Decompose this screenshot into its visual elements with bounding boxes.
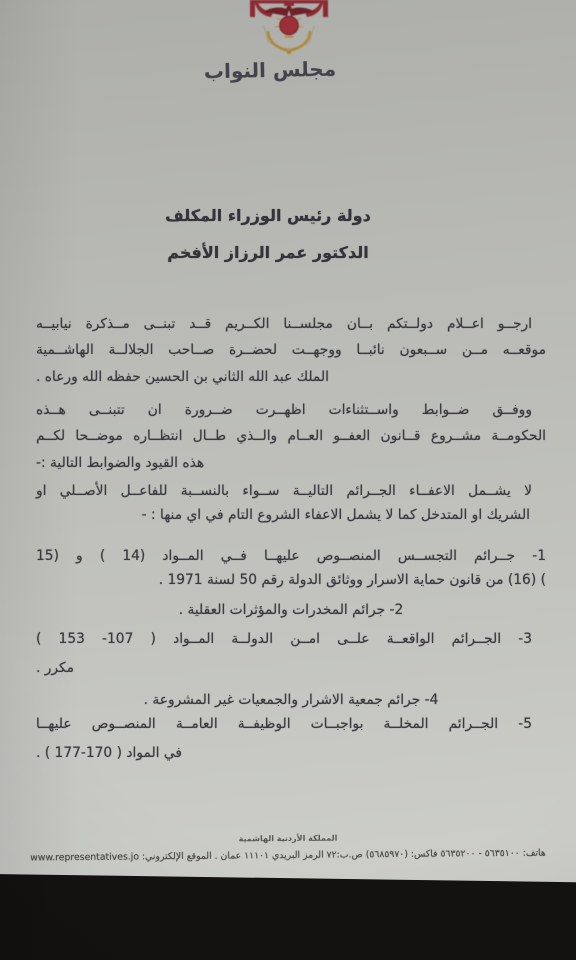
letter-paper: مجلس النواب دولة رئيس الوزراء المكلف الد…	[0, 0, 576, 960]
paragraph-3-line-2: الشريك او المتدخل كما لا يشمل الاعفاء ال…	[36, 505, 546, 526]
paragraph-1-line-2: موقعــه مــن ســبعون نائبــا ووجهــت لحض…	[36, 340, 546, 361]
jordan-coat-of-arms-icon	[244, 0, 334, 56]
paragraph-2-line-3: هذه القيود والضوابط التالية :-	[36, 453, 546, 474]
list-item-1-line-2: ) (16) من قانون حماية الاسرار ووثائق الد…	[36, 570, 546, 591]
paragraph-2-line-1: ووفــق ضــوابط واســتثناءات اظهــرت ضــر…	[36, 400, 546, 421]
addressee-title: دولة رئيس الوزراء المكلف	[0, 206, 536, 225]
addressee-name: الدكتور عمر الرزاز الأفخم	[0, 243, 536, 262]
paragraph-3-line-1: لا يشــمل الاعفــاء الجــرائم التاليــة …	[36, 481, 546, 502]
paragraph-1-line-1: ارجــو اعــلام دولــتكم بــان مجلســنا ا…	[36, 314, 546, 335]
paragraph-1-line-3: الملك عبد الله الثاني بن الحسين حفظه الل…	[36, 367, 546, 388]
footer-contact-line: هاتف: ٥٦٣٥١٠٠ - ٥٦٣٥٢٠٠ فاكس: (٥٦٨٥٩٧٠) …	[12, 847, 564, 863]
footer-kingdom-name: المملكة الأردنية الهاشمية	[0, 832, 576, 845]
scanned-letter-photo: مجلس النواب دولة رئيس الوزراء المكلف الد…	[0, 0, 576, 960]
list-item-2: 2- جرائم المخدرات والمؤثرات العقلية .	[36, 600, 546, 621]
paragraph-2-line-2: الحكومــة مشــروع قــانون العفــو العــا…	[36, 426, 546, 447]
list-item-5-line-1: 5- الجــرائم المخلــة بواجبــات الوظيفــ…	[36, 714, 546, 735]
list-item-3-line-1: 3- الجــرائم الواقعــة علــى امــن الدول…	[36, 629, 546, 650]
list-item-5-line-2: في المواد ( 170-177 ) .	[36, 743, 546, 764]
org-calligraphy: مجلس النواب	[0, 52, 540, 87]
list-item-3-line-2: مكرر .	[36, 658, 546, 679]
list-item-4: 4- جرائم جمعية الاشرار والجمعيات غير الم…	[36, 690, 546, 711]
list-item-1-line-1: 1- جــرائم التجســس المنصــوص عليهــا فـ…	[36, 546, 546, 567]
